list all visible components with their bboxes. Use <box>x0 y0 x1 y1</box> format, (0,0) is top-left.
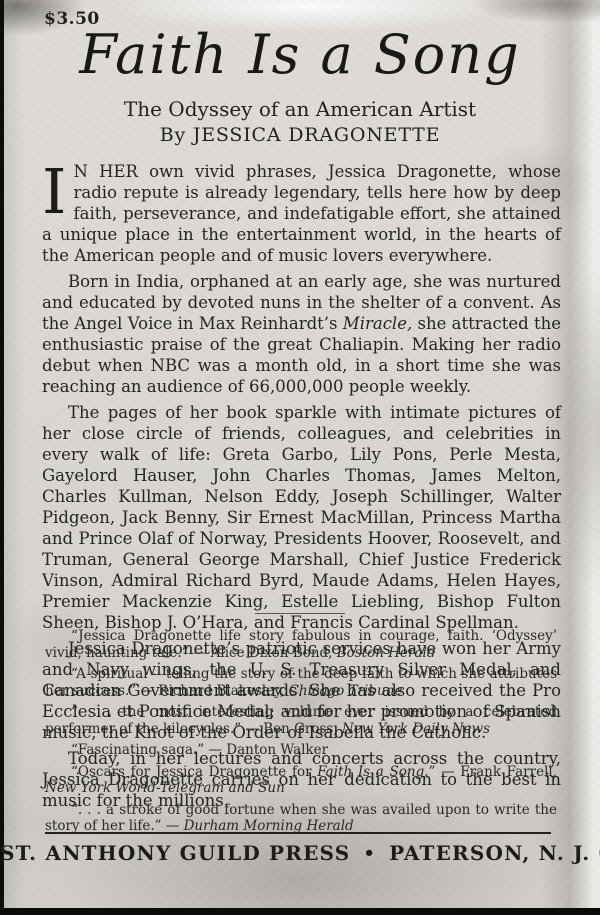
byline-author-name: JESSICA DRAGONETTE <box>193 124 440 146</box>
section-divider <box>255 613 345 614</box>
body-paragraph: The pages of her book sparkle with intim… <box>42 402 561 633</box>
publisher-name: ST. ANTHONY GUILD PRESS <box>0 841 350 865</box>
body-paragraph: Born in India, orphaned at an early age,… <box>42 271 561 397</box>
press-quote: “Fascinating saga.” — Danton Walker <box>45 742 557 759</box>
press-quote: “Jessica Dragonette life story fabulous … <box>45 628 557 661</box>
press-quote: “. . . the most interesting volume ever … <box>45 704 557 737</box>
publisher-location: PATERSON, N. J. 07503 <box>389 841 600 865</box>
footer-rule <box>45 832 551 834</box>
drop-cap: I <box>42 161 74 219</box>
byline-prefix: By <box>160 124 186 146</box>
press-quote: “A spiritual -- telling the story of the… <box>45 666 557 699</box>
bullet-separator: • <box>350 843 389 864</box>
book-jacket-page: $3.50 Faith Is a Song The Odyssey of an … <box>0 0 600 915</box>
press-quotes: “Jessica Dragonette life story fabulous … <box>45 628 557 840</box>
scan-edge-bottom <box>0 908 600 915</box>
book-subtitle: The Odyssey of an American Artist <box>0 97 600 121</box>
book-byline: By JESSICA DRAGONETTE <box>0 124 600 146</box>
body-paragraph: IN HER own vivid phrases, Jessica Dragon… <box>42 161 561 266</box>
press-quote: “. . . a stroke of good fortune when she… <box>45 802 557 835</box>
book-title: Faith Is a Song <box>0 22 600 88</box>
press-quote: “Oscars for Jessica Dragonette for Faith… <box>45 764 557 797</box>
publisher-line: ST. ANTHONY GUILD PRESS•PATERSON, N. J. … <box>0 841 600 865</box>
